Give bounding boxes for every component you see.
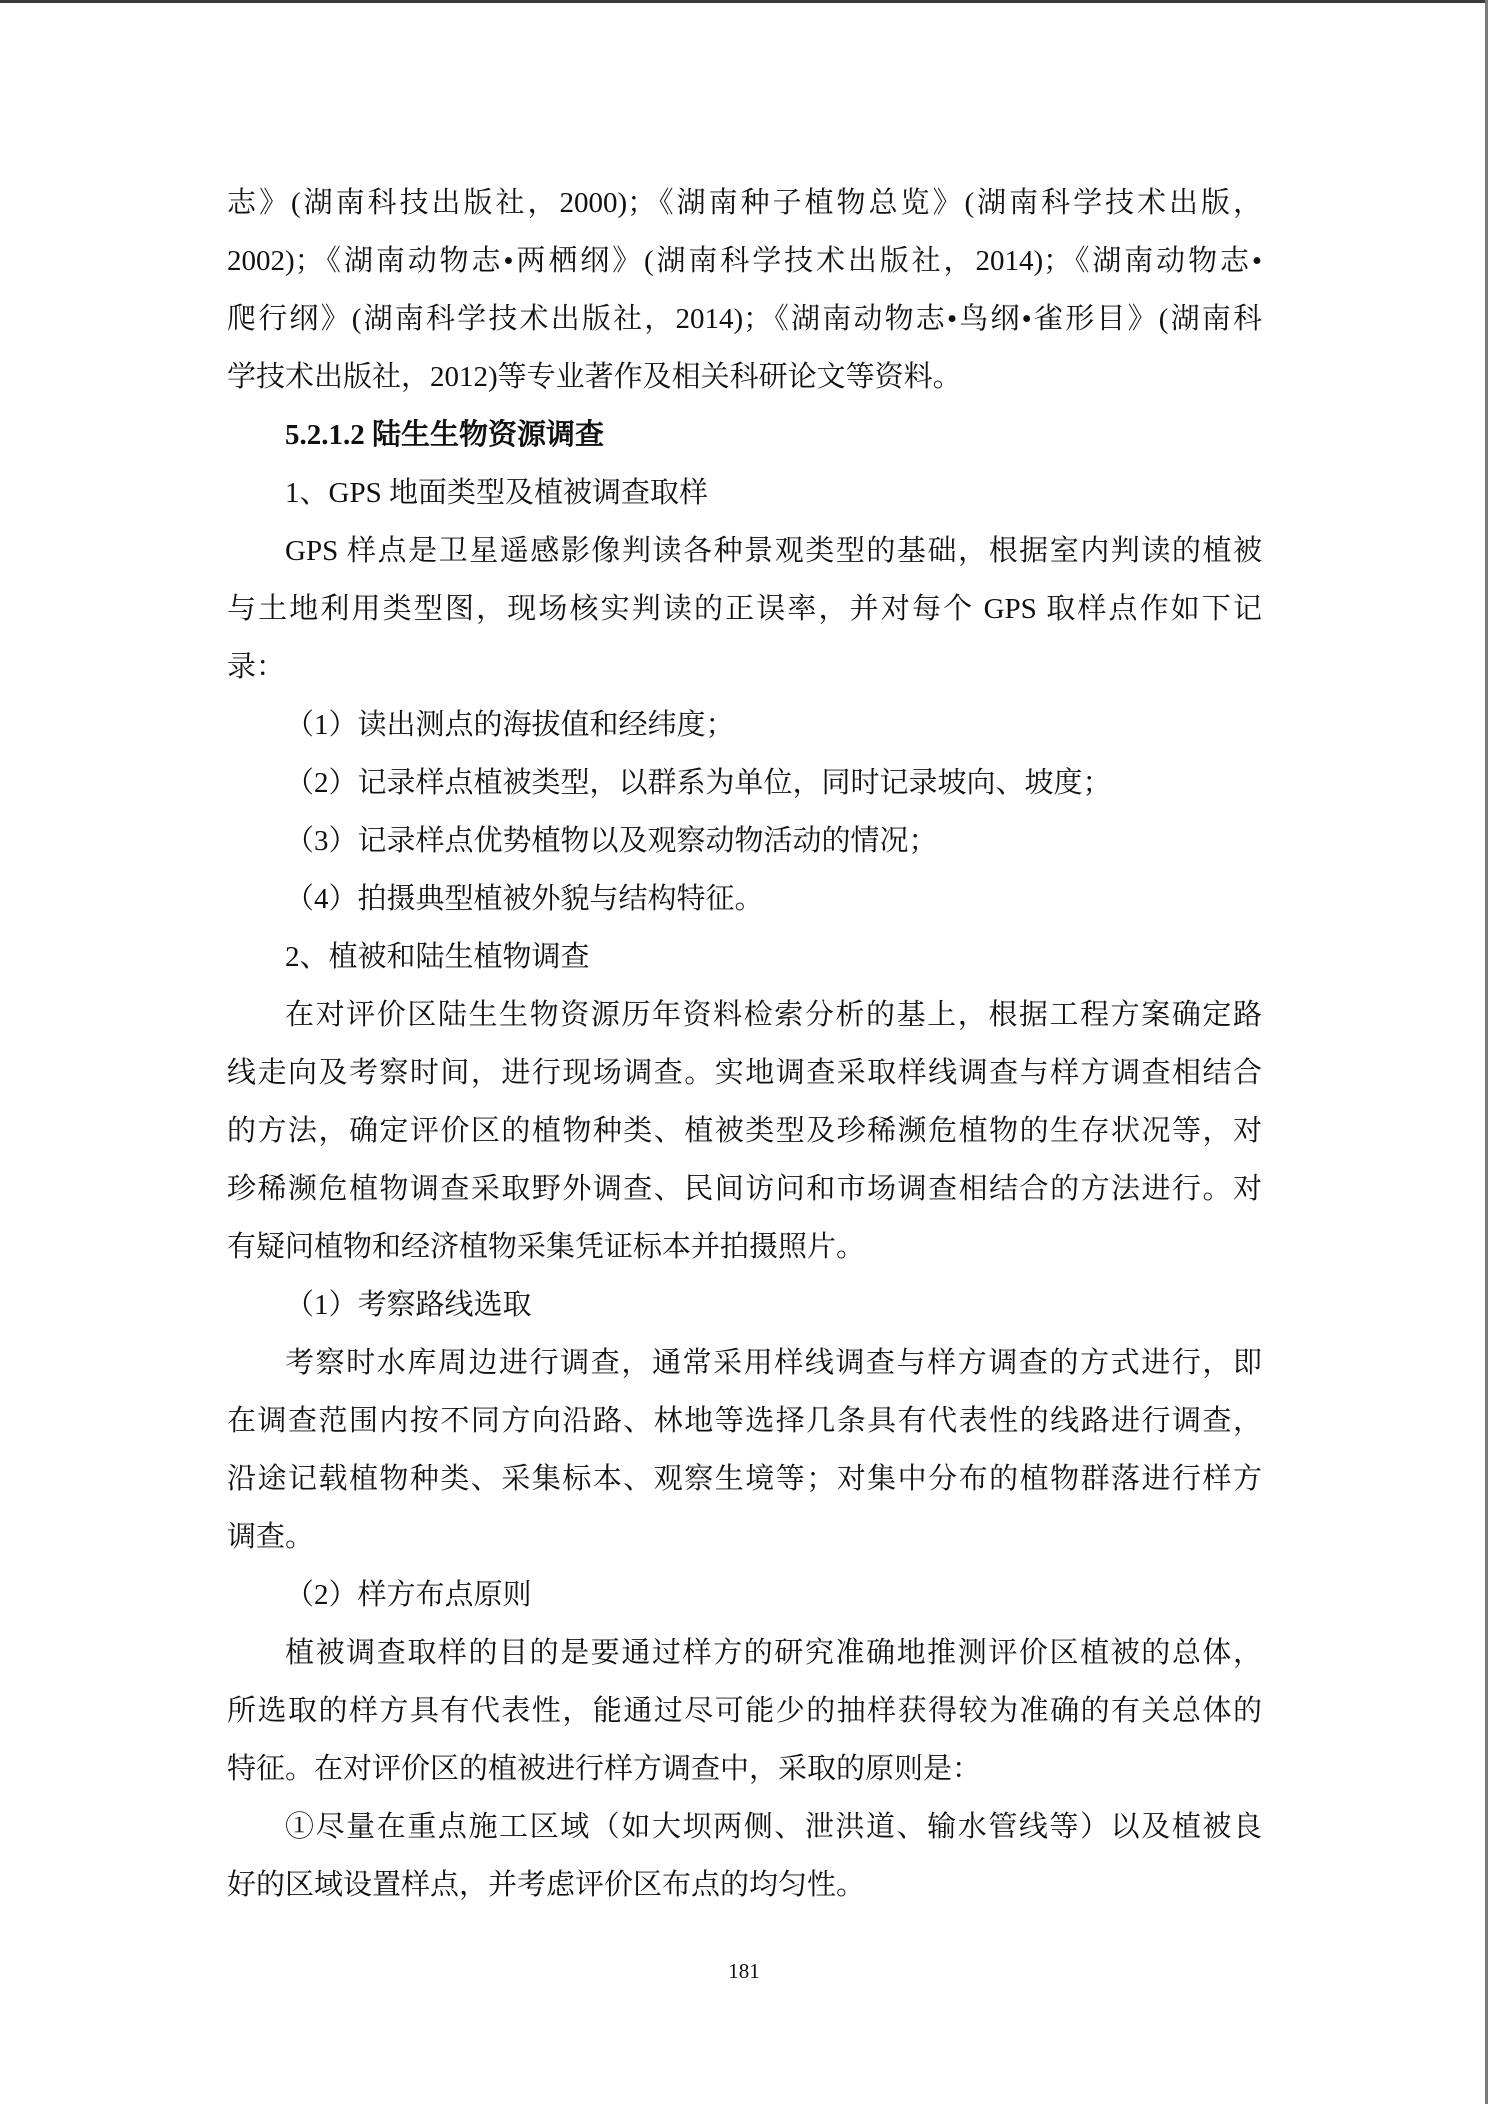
- text-line: 爬行纲》(湖南科学技术出版社，2014)；《湖南动物志•鸟纲•雀形目》(湖南科: [227, 290, 1262, 348]
- text-line: 考察时水库周边进行调查，通常采用样线调查与样方调查的方式进行，即: [227, 1334, 1262, 1392]
- text-line: 调查。: [227, 1508, 1262, 1566]
- text-line: 与土地利用类型图，现场核实判读的正误率，并对每个 GPS 取样点作如下记: [227, 580, 1262, 638]
- route-paragraph: 考察时水库周边进行调查，通常采用样线调查与样方调查的方式进行，即 在调查范围内按…: [227, 1334, 1262, 1566]
- gps-record-list: （1）读出测点的海拔值和经纬度； （2）记录样点植被类型，以群系为单位，同时记录…: [227, 696, 1262, 928]
- subheading-route-selection: （1）考察路线选取: [227, 1276, 1262, 1334]
- subheading-plot-principles: （2）样方布点原则: [227, 1566, 1262, 1624]
- text-line: 所选取的样方具有代表性，能通过尽可能少的抽样获得较为准确的有关总体的: [227, 1682, 1262, 1740]
- text-line: 有疑问植物和经济植物采集凭证标本并拍摄照片。: [227, 1218, 1262, 1276]
- text-line: 沿途记载植物种类、采集标本、观察生境等；对集中分布的植物群落进行样方: [227, 1450, 1262, 1508]
- subheading-vegetation: 2、植被和陆生植物调查: [227, 928, 1262, 986]
- plot-principle-1-paragraph: ①尽量在重点施工区域（如大坝两侧、泄洪道、输水管线等）以及植被良 好的区域设置样…: [227, 1798, 1262, 1914]
- text-line: 2002)；《湖南动物志•两栖纲》(湖南科学技术出版社，2014)；《湖南动物志…: [227, 232, 1262, 290]
- document-page-body: 志》(湖南科技出版社，2000)；《湖南种子植物总览》(湖南科学技术出版， 20…: [227, 174, 1262, 1914]
- list-item: （3）记录样点优势植物以及观察动物活动的情况；: [227, 812, 1262, 870]
- section-heading: 5.2.1.2 陆生生物资源调查: [227, 406, 1262, 464]
- subheading-gps: 1、GPS 地面类型及植被调查取样: [227, 464, 1262, 522]
- plot-paragraph: 植被调查取样的目的是要通过样方的研究准确地推测评价区植被的总体， 所选取的样方具…: [227, 1624, 1262, 1798]
- gps-intro-paragraph: GPS 样点是卫星遥感影像判读各种景观类型的基础，根据室内判读的植被 与土地利用…: [227, 522, 1262, 696]
- page-top-border: [0, 0, 1488, 3]
- references-paragraph: 志》(湖南科技出版社，2000)；《湖南种子植物总览》(湖南科学技术出版， 20…: [227, 174, 1262, 406]
- list-item: （2）记录样点植被类型，以群系为单位，同时记录坡向、坡度；: [227, 754, 1262, 812]
- text-line: 在调查范围内按不同方向沿路、林地等选择几条具有代表性的线路进行调查，: [227, 1392, 1262, 1450]
- text-line: 的方法，确定评价区的植物种类、植被类型及珍稀濒危植物的生存状况等，对: [227, 1102, 1262, 1160]
- text-line: 好的区域设置样点，并考虑评价区布点的均匀性。: [227, 1856, 1262, 1914]
- text-line: 特征。在对评价区的植被进行样方调查中，采取的原则是：: [227, 1740, 1262, 1798]
- list-item: （1）读出测点的海拔值和经纬度；: [227, 696, 1262, 754]
- text-line: 线走向及考察时间，进行现场调查。实地调查采取样线调查与样方调查相结合: [227, 1044, 1262, 1102]
- text-line: 学技术出版社，2012)等专业著作及相关科研论文等资料。: [227, 348, 1262, 406]
- list-item: （4）拍摄典型植被外貌与结构特征。: [227, 870, 1262, 928]
- text-line: 志》(湖南科技出版社，2000)；《湖南种子植物总览》(湖南科学技术出版，: [227, 174, 1262, 232]
- page-number: 181: [0, 1956, 1488, 1986]
- vegetation-intro-paragraph: 在对评价区陆生生物资源历年资料检索分析的基上，根据工程方案确定路 线走向及考察时…: [227, 986, 1262, 1276]
- text-line: ①尽量在重点施工区域（如大坝两侧、泄洪道、输水管线等）以及植被良: [227, 1798, 1262, 1856]
- text-line: 珍稀濒危植物调查采取野外调查、民间访问和市场调查相结合的方法进行。对: [227, 1160, 1262, 1218]
- text-line: GPS 样点是卫星遥感影像判读各种景观类型的基础，根据室内判读的植被: [227, 522, 1262, 580]
- text-line: 录：: [227, 638, 1262, 696]
- text-line: 植被调查取样的目的是要通过样方的研究准确地推测评价区植被的总体，: [227, 1624, 1262, 1682]
- text-line: 在对评价区陆生生物资源历年资料检索分析的基上，根据工程方案确定路: [227, 986, 1262, 1044]
